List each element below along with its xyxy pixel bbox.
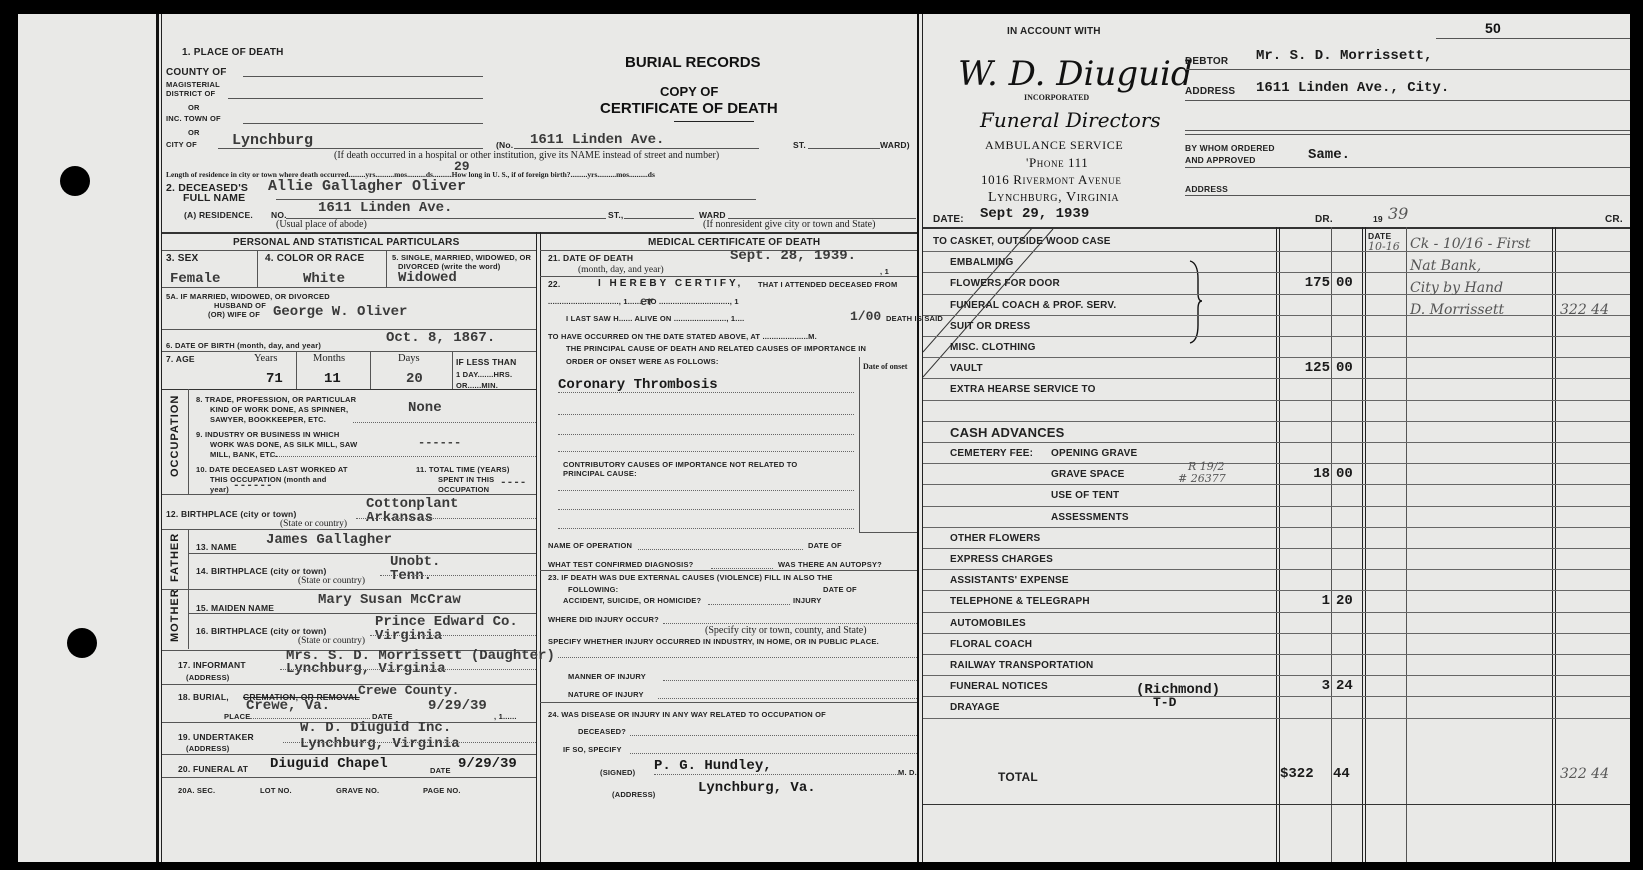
- personal-medical-divider-2: [540, 232, 541, 862]
- city-value: Lynchburg: [232, 132, 313, 149]
- informant-address-label: (ADDRESS): [186, 673, 229, 682]
- ledger-item-cents: 00: [1336, 275, 1353, 291]
- father-birthplace-state: Tenn.: [390, 568, 432, 584]
- ledger-item-label: RAILWAY TRANSPORTATION: [950, 660, 1093, 671]
- deceased-name-value: Allie Gallagher Oliver: [268, 178, 466, 195]
- debtor-address-value: 1611 Linden Ave., City.: [1256, 80, 1449, 96]
- total-credit-handwritten: 322 44: [1560, 766, 1609, 782]
- ledger-col-line: [1555, 227, 1556, 862]
- debtor-line-3b: [1185, 134, 1630, 135]
- page-label: PAGE NO.: [423, 786, 461, 795]
- signed-label: (SIGNED): [600, 768, 635, 777]
- ledger-item-label: GRAVE SPACE: [1051, 469, 1125, 480]
- trade-label: 8. TRADE, PROFESSION, OR PARTICULAR: [196, 395, 356, 404]
- ordered-address-field[interactable]: [1185, 195, 1630, 196]
- dod-sublabel: (month, day, and year): [578, 265, 664, 275]
- row-line: [162, 589, 536, 590]
- ledger-item-dollars: 175: [1280, 275, 1330, 291]
- physician-address-label: (ADDRESS): [612, 790, 655, 799]
- accident-label: ACCIDENT, SUICIDE, OR HOMICIDE?: [563, 596, 701, 605]
- ledger-row-line: [923, 294, 1630, 295]
- ledger-row-line: [923, 484, 1630, 485]
- ledger-item-label: FUNERAL COACH & PROF. SERV.: [950, 300, 1116, 311]
- if-so-field[interactable]: [630, 753, 917, 754]
- wife-of-label: (OR) WIFE OF: [208, 310, 260, 319]
- ledger-row-line: [923, 442, 1630, 443]
- row-line: [162, 389, 536, 390]
- undertaker-address-label: (ADDRESS): [186, 744, 229, 753]
- contributory-label: CONTRIBUTORY CAUSES OF IMPORTANCE NOT RE…: [563, 460, 797, 469]
- debtor-line-3: [1185, 130, 1630, 131]
- birthplace-field[interactable]: [356, 518, 536, 519]
- title-underline: [674, 121, 754, 122]
- informant-label: 17. INFORMANT: [178, 660, 246, 670]
- birthplace-label: 12. BIRTHPLACE (city or town): [166, 509, 296, 519]
- mother-birthplace-label: 16. BIRTHPLACE (city or town): [196, 626, 326, 636]
- ledger-item-label: MISC. CLOTHING: [950, 342, 1036, 353]
- years-label: Years: [254, 353, 277, 364]
- row-line: [162, 351, 536, 352]
- full-name-label: FULL NAME: [183, 192, 245, 204]
- trade-label-3: SAWYER, BOOKKEEPER, ETC.: [210, 415, 326, 424]
- residence-st-field[interactable]: [624, 218, 694, 219]
- row-line: [540, 250, 917, 251]
- debtor-field[interactable]: [1185, 69, 1630, 70]
- row-line: [162, 754, 536, 755]
- burial-record-page: BURIAL RECORDS COPY OF CERTIFICATE OF DE…: [18, 14, 1630, 862]
- credit-date-value: 10-16: [1368, 240, 1400, 253]
- district-label: DISTRICT OF: [166, 89, 215, 98]
- operation-label: NAME OF OPERATION: [548, 541, 632, 550]
- total-time-label-3: OCCUPATION: [438, 485, 489, 494]
- credit-amount: 322 44: [1560, 302, 1609, 318]
- burial-label: 18. BURIAL,: [178, 692, 229, 702]
- cause-line-3[interactable]: [558, 434, 854, 435]
- approved-label: AND APPROVED: [1185, 155, 1256, 165]
- row-line: [540, 276, 917, 277]
- ledger-item-label: FLORAL COACH: [950, 639, 1032, 650]
- city-field[interactable]: [218, 148, 483, 149]
- onset-column-divider: [859, 357, 860, 532]
- if-so-label: IF SO, SPECIFY: [563, 745, 622, 754]
- ledger-item-label: ASSISTANTS' EXPENSE: [950, 575, 1069, 586]
- ledger-item-cents: 00: [1336, 466, 1353, 482]
- signature-field[interactable]: [654, 774, 898, 775]
- row-line: [162, 529, 536, 530]
- ledger-item-label: CEMETERY FEE: OPENING GRAVE: [950, 448, 1137, 459]
- place-of-injury-field[interactable]: [558, 657, 917, 658]
- total-cents: 44: [1333, 766, 1350, 782]
- months-label: Months: [313, 353, 345, 364]
- tagline: Funeral Directors: [980, 108, 1161, 132]
- magisterial-field[interactable]: [228, 98, 483, 99]
- ledger-row-line: [923, 654, 1630, 655]
- ledger-row-line: [923, 315, 1630, 316]
- undertaker-field[interactable]: [283, 742, 536, 743]
- total-time-value: ----: [500, 477, 526, 489]
- ledger-item-label: EXPRESS CHARGES: [950, 554, 1053, 565]
- cr-label: CR.: [1605, 214, 1623, 225]
- certify-heading: I HEREBY CERTIFY,: [598, 278, 743, 289]
- ward-field[interactable]: [808, 148, 880, 149]
- ledger-item-label: OTHER FLOWERS: [950, 533, 1040, 544]
- year-prefix: 19: [1373, 214, 1383, 224]
- grave-space-note-2: # 26377: [1178, 472, 1226, 485]
- operation-date-label: DATE OF: [808, 541, 842, 550]
- occupation-divider: [188, 389, 189, 494]
- funeral-at-label: 20. FUNERAL AT: [178, 764, 248, 774]
- burial-year-suffix: , 1......: [494, 712, 517, 721]
- days-label: Days: [398, 353, 420, 364]
- dob-value: Oct. 8, 1867.: [386, 330, 495, 346]
- specify-whether-label: SPECIFY WHETHER INJURY OCCURRED IN INDUS…: [548, 637, 879, 646]
- undertaker-name-value: W. D. Diuguid Inc.: [300, 720, 451, 736]
- personal-section-title: PERSONAL AND STATISTICAL PARTICULARS: [233, 237, 459, 248]
- operation-field[interactable]: [638, 549, 803, 550]
- debtor-address-label: ADDRESS: [1185, 86, 1235, 97]
- sex-label: 3. SEX: [166, 253, 198, 264]
- ledger-row-line: [923, 357, 1630, 358]
- order-line: ORDER OF ONSET WERE AS FOLLOWS:: [566, 357, 719, 366]
- father-birthplace-sublabel: (State or country): [298, 576, 365, 586]
- last-worked-label-3: year): [210, 485, 229, 494]
- ledger-item-label: FLOWERS FOR DOOR: [950, 278, 1060, 289]
- punch-hole-top: [60, 166, 90, 196]
- manner-injury-label: MANNER OF INJURY: [568, 672, 646, 681]
- account-date-label: DATE:: [933, 214, 964, 225]
- dob-label: 6. DATE OF BIRTH (month, day, and year): [166, 341, 321, 350]
- death-street-field[interactable]: [514, 148, 759, 149]
- physician-signature: P. G. Hundley,: [654, 758, 772, 774]
- onset-label: Date of onset: [863, 362, 907, 371]
- death-street-value: 1611 Linden Ave.: [530, 132, 664, 148]
- certify-number: 22.: [548, 279, 560, 289]
- year-handwritten: 39: [1388, 204, 1408, 223]
- lot-label: LOT NO.: [260, 786, 292, 795]
- md-label: M. D.: [898, 768, 917, 777]
- ledger-item-dollars: 125: [1280, 360, 1330, 376]
- personal-medical-divider: [536, 232, 537, 862]
- ledger-item-label: EMBALMING: [950, 257, 1013, 268]
- debtor-address-field[interactable]: [1185, 100, 1630, 101]
- inc-town-label: INC. TOWN OF: [166, 114, 221, 123]
- hospital-note: (If death occurred in a hospital or othe…: [334, 150, 719, 161]
- specify-city-note: (Specify city or town, county, and State…: [705, 625, 867, 636]
- medical-section-title: MEDICAL CERTIFICATE OF DEATH: [648, 237, 820, 248]
- ledger-col-line: [1552, 227, 1553, 862]
- funeral-place-value: Diuguid Chapel: [270, 756, 388, 772]
- mother-divider: [188, 589, 189, 649]
- sec-label: 20A. SEC.: [178, 786, 215, 795]
- trade-label-2: KIND OF WORK DONE, AS SPINNER,: [210, 405, 348, 414]
- in-account-with: IN ACCOUNT WITH: [1007, 26, 1101, 37]
- deceased-label: DECEASED?: [578, 727, 626, 736]
- ledger-item-dollars: 18: [1280, 466, 1330, 482]
- last-worked-label: 10. DATE DECEASED LAST WORKED AT: [196, 465, 348, 474]
- ledger-col-line: [1406, 227, 1407, 862]
- total-time-label-2: SPENT IN THIS: [438, 475, 494, 484]
- ledger-item-dollars: 1: [1280, 593, 1330, 609]
- spouse-value: George W. Oliver: [273, 304, 407, 320]
- company-street: 1016 Rivermont Avenue: [981, 172, 1121, 188]
- ledger-item-label: VAULT: [950, 363, 983, 374]
- race-label: 4. COLOR OR RACE: [265, 253, 364, 264]
- age-label: 7. AGE: [166, 354, 195, 364]
- last-saw-line[interactable]: I LAST SAW H...... ALIVE ON ............…: [566, 314, 744, 323]
- burial-date-value: 9/29/39: [428, 698, 487, 714]
- ledger-row-line: [923, 633, 1630, 634]
- notices-note-1: (Richmond): [1136, 682, 1220, 698]
- funeral-date-label: DATE: [430, 766, 451, 775]
- last-worked-value: ------: [233, 480, 273, 492]
- place-of-death-label: 1. PLACE OF DEATH: [182, 47, 284, 58]
- burial-place-field[interactable]: [250, 718, 370, 719]
- cell-divider: [370, 351, 371, 389]
- ledger-item-cents: 00: [1336, 360, 1353, 376]
- race-value: White: [303, 271, 345, 287]
- father-birthplace-label: 14. BIRTHPLACE (city or town): [196, 566, 326, 576]
- sex-value: Female: [170, 271, 220, 287]
- page-number-line: [1436, 38, 1630, 39]
- burial-place-value: Crewe, Va.: [246, 698, 330, 714]
- informant-field[interactable]: [280, 669, 536, 670]
- hrs-label: 1 DAY.......HRS.: [456, 370, 512, 379]
- undertaker-label: 19. UNDERTAKER: [178, 732, 254, 742]
- cause-line-1[interactable]: [558, 392, 854, 393]
- age-months-value: 11: [324, 371, 341, 387]
- occurred-line: TO HAVE OCCURRED ON THE DATE STATED ABOV…: [548, 332, 817, 341]
- mother-birthplace-state: Virginia: [375, 628, 442, 644]
- phone-number: 'Phone 111: [1026, 155, 1088, 171]
- mother-maiden-value: Mary Susan McCraw: [318, 592, 461, 608]
- age-days-value: 20: [406, 371, 423, 387]
- cell-divider: [452, 351, 453, 389]
- cell-divider: [386, 250, 387, 287]
- where-injury-label: WHERE DID INJURY OCCUR?: [548, 615, 659, 624]
- debtor-label: DEBTOR: [1185, 56, 1228, 67]
- center-divider-inner: [922, 14, 923, 862]
- ledger-col-line: [1276, 227, 1277, 862]
- ledger-row-line: [923, 569, 1630, 570]
- marital-label: 5. SINGLE, MARRIED, WIDOWED, OR: [392, 253, 531, 262]
- burial-county-value: Crewe County.: [358, 683, 459, 698]
- certify-rest: THAT I ATTENDED DECEASED FROM: [758, 280, 897, 289]
- mother-side-label: MOTHER: [169, 596, 181, 642]
- ledger-col-line: [1365, 227, 1366, 862]
- debtor-value: Mr. S. D. Morrissett,: [1256, 48, 1432, 64]
- ledger-row-line: [923, 548, 1630, 549]
- cause-line-4[interactable]: [558, 451, 854, 452]
- row-line: [162, 250, 536, 251]
- company-logo: W. D. Diuguid: [958, 54, 1193, 94]
- ledger-row-line: [923, 336, 1630, 337]
- ledger-item-label: FUNERAL NOTICES: [950, 681, 1048, 692]
- company-city: Lynchburg, Virginia: [988, 190, 1119, 206]
- occupation-related-field[interactable]: [630, 735, 917, 736]
- row-line: [162, 684, 536, 685]
- left-border-inner: [161, 14, 162, 862]
- ledger-item-label: EXTRA HEARSE SERVICE TO: [950, 384, 1096, 395]
- ordered-address-label: ADDRESS: [1185, 184, 1228, 194]
- ledger-item-label: ASSESSMENTS: [1051, 512, 1129, 523]
- diagonal-strike-icon: [923, 227, 1063, 397]
- age-years-value: 71: [266, 371, 283, 387]
- nonresident-note: (If nonresident give city or town and St…: [703, 219, 875, 230]
- ledger-row-line: [923, 506, 1630, 507]
- row-line: [162, 777, 536, 778]
- manner-injury-field[interactable]: [663, 680, 917, 681]
- test-field[interactable]: [711, 568, 773, 569]
- father-birthplace-field[interactable]: [380, 575, 536, 576]
- principal-line: THE PRINCIPAL CAUSE OF DEATH AND RELATED…: [566, 344, 866, 353]
- occupation-side-label: OCCUPATION: [169, 403, 181, 477]
- or-label: OR: [188, 128, 200, 137]
- ledger-row-line: [923, 590, 1630, 591]
- industry-value: ------: [418, 436, 461, 450]
- ledger-item-label: AUTOMOBILES: [950, 618, 1026, 629]
- contributory-line-1[interactable]: [558, 490, 854, 491]
- form-subtitle-1: COPY OF: [660, 84, 718, 99]
- ledger-item-cents: 20: [1336, 593, 1353, 609]
- row-line: [188, 553, 536, 554]
- center-divider: [917, 14, 919, 862]
- ledger-row-line: [923, 400, 1630, 401]
- occupation-related-label: 24. WAS DISEASE OR INJURY IN ANY WAY REL…: [548, 710, 826, 719]
- county-label: COUNTY OF: [166, 67, 227, 78]
- ledger-row-line: [923, 527, 1630, 528]
- industry-label-3: MILL, BANK, ETC.: [210, 450, 278, 459]
- magisterial-label: MAGISTERIAL: [166, 80, 220, 89]
- cell-divider: [257, 250, 258, 287]
- credit-note-line-1: Ck - 10/16 - First: [1410, 236, 1531, 252]
- physician-address-value: Lynchburg, Va.: [698, 780, 816, 796]
- father-name-value: James Gallagher: [266, 532, 392, 548]
- cause-of-death-value: Coronary Thrombosis: [558, 377, 718, 393]
- city-label: CITY OF: [166, 140, 197, 149]
- grave-label: GRAVE NO.: [336, 786, 379, 795]
- row-line: [540, 702, 917, 703]
- total-line: [923, 804, 1630, 805]
- spouse-label: 5A. IF MARRIED, WIDOWED, OR DIVORCED: [166, 292, 330, 301]
- dod-value: Sept. 28, 1939.: [730, 248, 856, 264]
- dod-suffix: , 1: [880, 267, 889, 276]
- injury-label: INJURY: [793, 596, 821, 605]
- mother-maiden-label: 15. MAIDEN NAME: [196, 603, 274, 613]
- nature-injury-label: NATURE OF INJURY: [568, 690, 644, 699]
- account-date-value: Sept 29, 1939: [980, 206, 1089, 222]
- left-border: [156, 14, 159, 862]
- ledger-row-line: [923, 718, 1630, 719]
- trade-field[interactable]: [353, 422, 536, 423]
- test-label: WHAT TEST CONFIRMED DIAGNOSIS?: [548, 560, 693, 569]
- if-less-label: IF LESS THAN: [456, 357, 517, 367]
- father-name-label: 13. NAME: [196, 542, 237, 552]
- ledger-item-label: SUIT OR DRESS: [950, 321, 1030, 332]
- ledger-item-label: DRAYAGE: [950, 702, 1000, 713]
- industry-label-2: WORK WAS DONE, AS SILK MILL, SAW: [210, 440, 357, 449]
- onset-box-bottom: [859, 532, 917, 533]
- credit-note-line-4: D. Morrissett: [1410, 302, 1504, 318]
- contributory-line-2[interactable]: [558, 509, 854, 510]
- page-number: 50: [1485, 20, 1501, 36]
- residence-label: (A) RESIDENCE.: [184, 210, 253, 220]
- ledger-col-line: [1362, 227, 1363, 862]
- row-line: [162, 494, 536, 495]
- industry-label: 9. INDUSTRY OR BUSINESS IN WHICH: [196, 430, 340, 439]
- ledger-row-line: [923, 421, 1630, 422]
- ledger-item-label: CASH ADVANCES: [950, 425, 1065, 440]
- cause-line-2[interactable]: [558, 414, 854, 415]
- row-line: [540, 570, 917, 571]
- industry-field[interactable]: [270, 456, 536, 457]
- er-value: er: [640, 295, 654, 309]
- total-label: TOTAL: [998, 770, 1038, 784]
- ordered-by-field[interactable]: [1185, 167, 1630, 168]
- cell-divider: [296, 351, 297, 389]
- trade-value: None: [408, 400, 442, 416]
- autopsy-label: WAS THERE AN AUTOPSY?: [778, 560, 882, 569]
- ordered-by-value: Same.: [1308, 147, 1350, 163]
- birthplace-sublabel: (State or country): [280, 519, 347, 529]
- no-label: (No.: [496, 140, 513, 150]
- husband-of-label: HUSBAND OF: [214, 301, 266, 310]
- punch-hole-bottom: [67, 628, 97, 658]
- ledger-row-line: [923, 272, 1630, 273]
- external-causes-label: 23. IF DEATH WAS DUE EXTERNAL CAUSES (VI…: [548, 573, 833, 582]
- father-divider: [188, 529, 189, 589]
- residence-value: 1611 Linden Ave.: [318, 200, 452, 216]
- ambulance-service: AMBULANCE SERVICE: [985, 138, 1123, 153]
- where-injury-field[interactable]: [663, 623, 917, 624]
- ledger-row-line: [923, 696, 1630, 697]
- contributory-line-3[interactable]: [558, 528, 854, 529]
- credit-note-line-2: Nat Bank,: [1410, 258, 1481, 274]
- nature-injury-field[interactable]: [658, 698, 917, 699]
- row-line: [162, 287, 536, 288]
- county-field[interactable]: [243, 76, 483, 77]
- mother-birthplace-field[interactable]: [370, 635, 536, 636]
- inc-town-field[interactable]: [243, 123, 483, 124]
- ledger-item-label: TO CASKET, OUTSIDE WOOD CASE: [933, 236, 1111, 247]
- dod-label: 21. DATE OF DEATH: [548, 253, 633, 263]
- following-label: FOLLOWING:: [568, 585, 618, 594]
- form-subtitle-2: CERTIFICATE OF DEATH: [600, 100, 778, 117]
- abode-note: (Usual place of abode): [276, 219, 367, 230]
- last-saw-value: 1/00: [850, 309, 881, 324]
- ledger-item-dollars: 3: [1280, 678, 1330, 694]
- ledger-col-line: [1331, 227, 1332, 862]
- residence-st-label: ST.,: [608, 210, 623, 220]
- total-dollars: $322: [1280, 766, 1314, 782]
- ledger-row-line: [923, 612, 1630, 613]
- undertaker-address-value: Lynchburg, Virginia: [300, 736, 460, 752]
- accident-field[interactable]: [708, 604, 790, 605]
- or-label: OR: [188, 103, 200, 112]
- credit-note-line-3: City by Hand: [1410, 280, 1503, 296]
- father-side-label: FATHER: [169, 536, 181, 582]
- ordered-by-label: BY WHOM ORDERED: [1185, 143, 1275, 153]
- total-time-label: 11. TOTAL TIME (YEARS): [416, 465, 510, 474]
- ledger-item-label: USE OF TENT: [1051, 490, 1119, 501]
- ledger-item-cents: 24: [1336, 678, 1353, 694]
- ward-label: WARD): [880, 140, 910, 150]
- ledger-item-label: TELEPHONE & TELEGRAPH: [950, 596, 1090, 607]
- dr-label: DR.: [1315, 214, 1333, 225]
- contributory-label-2: PRINCIPAL CAUSE:: [563, 469, 637, 478]
- st-label: ST.: [793, 140, 806, 150]
- injury-date-label: DATE OF: [823, 585, 857, 594]
- ledger-row-line: [923, 463, 1630, 464]
